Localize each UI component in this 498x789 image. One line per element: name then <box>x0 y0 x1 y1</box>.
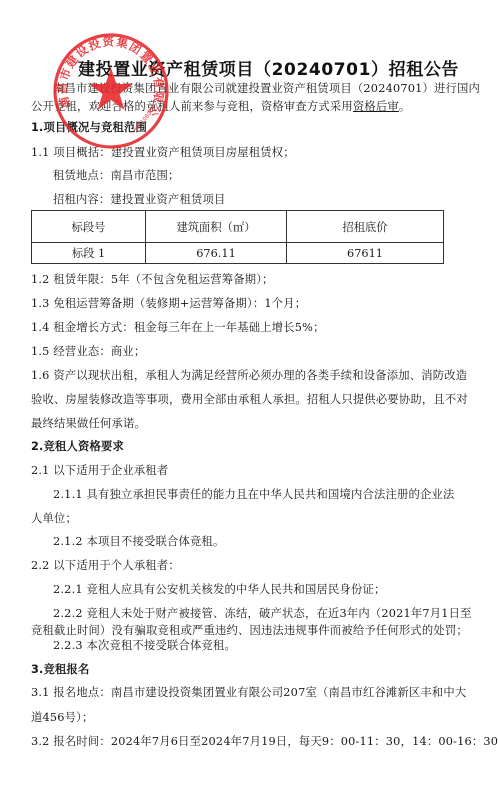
section-2-2-3: 2.2.3 本次竞租不接受联合体竞租。 <box>53 639 236 653</box>
section-2-2: 2.2 以下适用于个人承租者： <box>31 559 180 573</box>
table-header-row: 标段号 建筑面积（㎡） 招租底价 <box>32 211 444 243</box>
section-2-2-2-line-1: 2.2.2 竞租人未处于财产被接管、冻结，破产状态，在近3年内（2021年7月1… <box>53 607 472 621</box>
lease-location: 租赁地点：南昌市范围； <box>53 169 179 183</box>
section-1-heading: 1.项目概况与竞租范围 <box>31 121 147 135</box>
section-1-2: 1.2 租赁年限：5年（不包含免租运营筹备期）； <box>31 273 274 287</box>
cell-lot-number: 标段 1 <box>32 243 146 264</box>
cell-floor-area: 676.11 <box>146 243 287 264</box>
intro-line-2-suffix: 。 <box>399 100 411 113</box>
section-1-5: 1.5 经营业态：商业； <box>31 345 145 359</box>
section-1-6-line-1: 1.6 资产以现状出租，承租人为满足经营所必须办理的各类手续和设备添加、消防改造 <box>31 369 467 383</box>
section-2-1-1-line-1: 2.1.1 具有独立承担民事责任的能力且在中华人民共和国境内合法注册的企业法 <box>53 488 454 502</box>
cell-reserve-price: 67611 <box>287 243 444 264</box>
intro-line-2-prefix: 公开竞租，欢迎合格的竞租人前来参与竞租，资格审查方式采用 <box>31 100 353 113</box>
section-2-1-2: 2.1.2 本项目不接受联合体竞租。 <box>53 535 225 549</box>
document-title: 建投置业资产租赁项目（20240701）招租公告 <box>78 55 459 80</box>
lease-content: 招租内容：建投置业资产租赁项目 <box>53 193 225 207</box>
intro-line-1: 南昌市建设投资集团置业有限公司就建投置业资产租赁项目（20240701）进行国内 <box>53 82 480 96</box>
section-3-1-line-2: 道456号）； <box>31 711 94 725</box>
section-1-6-line-3: 最终结果做任何承诺。 <box>31 417 146 431</box>
section-3-1-line-1: 3.1 报名地点：南昌市建设投资集团置业有限公司207室（南昌市红谷滩新区丰和中… <box>31 686 466 700</box>
section-2-heading: 2.竞租人资格要求 <box>31 440 124 454</box>
section-1-6-line-2: 验收、房屋装修改造等事项，费用全部由承租人承担。招租人只提供必要协助，且不对 <box>31 393 468 407</box>
section-1-1: 1.1 项目概括：建投置业资产租赁项目房屋租赁权； <box>31 146 295 160</box>
section-2-1: 2.1 以下适用于企业承租者 <box>31 464 168 478</box>
lease-table: 标段号 建筑面积（㎡） 招租底价 标段 1 676.11 67611 <box>31 210 444 264</box>
header-floor-area: 建筑面积（㎡） <box>146 211 287 243</box>
section-2-2-2-line-2: 竞租截止时间）没有骗取竞租或严重违约、因违法违规事件而被给予任何形式的处罚； <box>31 624 468 638</box>
header-lot-number: 标段号 <box>32 211 146 243</box>
intro-line-2: 公开竞租，欢迎合格的竞租人前来参与竞租，资格审查方式采用资格后审。 <box>31 100 410 114</box>
section-1-4: 1.4 租金增长方式：租金每三年在上一年基础上增长5%； <box>31 321 325 335</box>
section-2-1-1-line-2: 人单位； <box>31 512 77 526</box>
table-row: 标段 1 676.11 67611 <box>32 243 444 264</box>
section-3-heading: 3.竞租报名 <box>31 663 90 677</box>
section-1-3: 1.3 免租运营筹备期（装修期+运营筹备期）：1个月； <box>31 297 306 311</box>
section-2-2-1: 2.2.1 竞租人应具有公安机关核发的中华人民共和国居民身份证； <box>53 583 385 597</box>
section-3-2: 3.2 报名时间：2024年7月6日至2024年7月19日，每天9：00-11：… <box>31 735 498 749</box>
header-reserve-price: 招租底价 <box>287 211 444 243</box>
qualification-review-method: 资格后审 <box>353 100 399 113</box>
